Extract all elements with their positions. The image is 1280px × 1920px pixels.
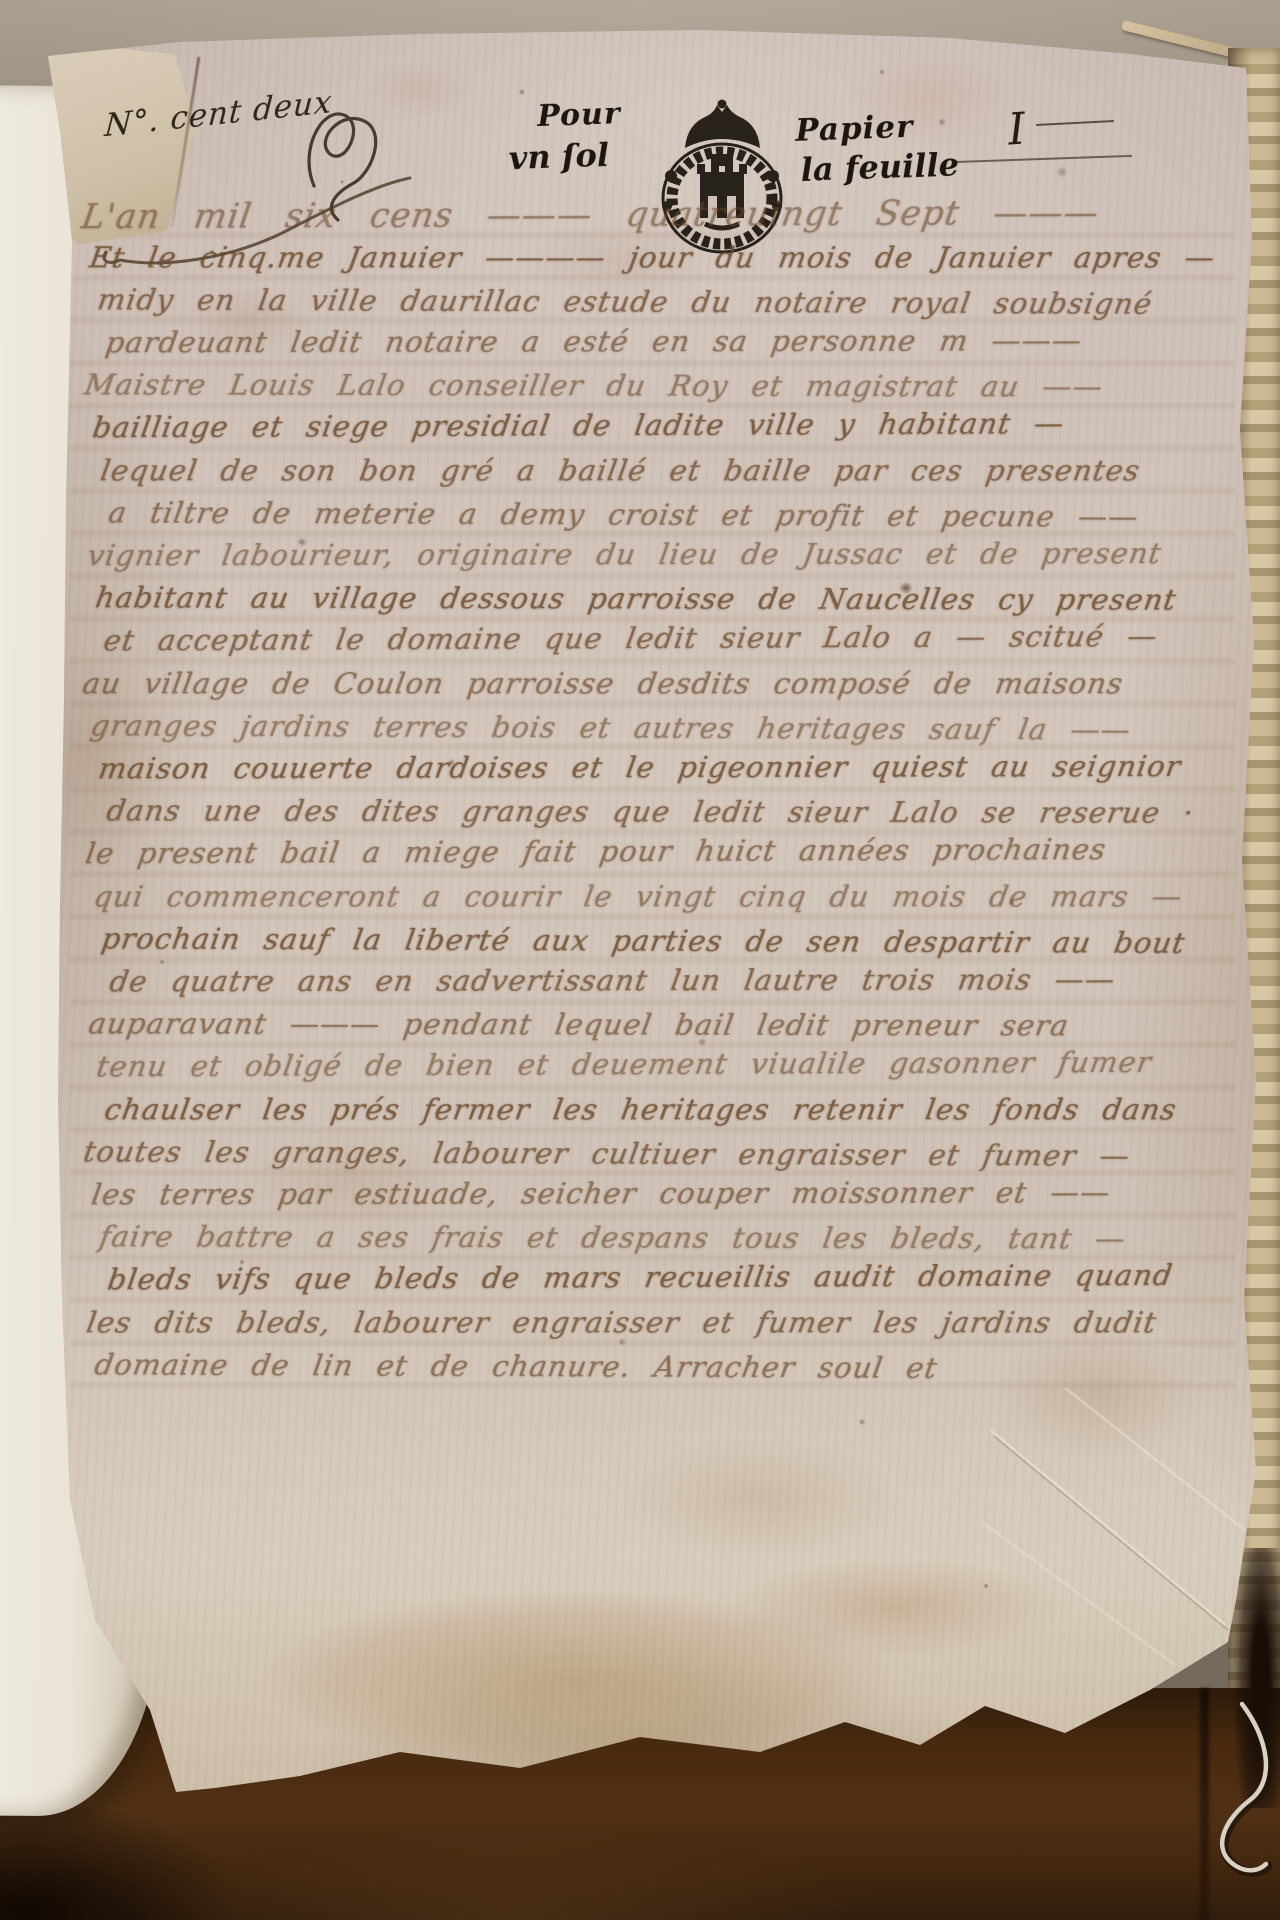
manuscript-line-2: Et le cinq.me Januier ———— jour du mois … — [87, 240, 1217, 274]
manuscript-line-11: et acceptant le domaine que ledit sieur … — [101, 619, 1160, 657]
manuscript-line-18: prochain sauf la liberté aux parties de … — [99, 921, 1188, 960]
manuscript-line-1: L'an mil six cens ——— quatreuingt Sept —… — [79, 193, 1102, 237]
manuscript-line-15: dans une des dites granges que ledit sie… — [104, 793, 1196, 829]
binding-cord-icon — [1182, 1698, 1280, 1898]
manuscript-line-7: lequel de son bon gré a baillé et baille… — [98, 453, 1143, 487]
manuscript-line-22: chaulser les prés fermer les heritages r… — [102, 1092, 1179, 1126]
manuscript-line-26: bleds vifs que bleds de mars recueillis … — [105, 1258, 1175, 1296]
manuscript-line-4: pardeuant ledit notaire a esté en sa per… — [103, 323, 1085, 359]
manuscript-line-23: toutes les granges, labourer cultiuer en… — [81, 1134, 1133, 1172]
manuscript-line-27: les dits bleds, labourer engraisser et f… — [84, 1305, 1159, 1339]
manuscript-line-20: auparavant ——— pendant lequel bail ledit… — [86, 1006, 1071, 1042]
manuscript-line-13: granges jardins terres bois et autres he… — [88, 708, 1134, 746]
manuscript-line-17: qui commenceront a courir le vingt cinq … — [91, 879, 1185, 913]
paper-creases — [970, 1370, 1260, 1680]
manuscript-line-21: tenu et obligé de bien et deuement viual… — [94, 1045, 1154, 1083]
manuscript-line-28: domaine de lin et de chanure. Arracher s… — [92, 1347, 940, 1385]
photo-of-manuscript: N°. cent deux Pour vn ſol — [0, 0, 1280, 1920]
manuscript-line-16: le present bail a miege fait pour huict … — [83, 832, 1109, 870]
manuscript-line-3: midy en la ville daurillac estude du not… — [95, 282, 1155, 320]
manuscript-line-8: a tiltre de meterie a demy croist et pro… — [106, 495, 1141, 533]
manuscript-line-19: de quatre ans en sadvertissant lun lautr… — [107, 962, 1118, 998]
manuscript-line-6: bailliage et siege presidial de ladite v… — [90, 406, 1067, 444]
manuscript-line-12: au village de Coulon parroisse desdits c… — [80, 666, 1126, 700]
manuscript-line-5: Maistre Louis Lalo conseiller du Roy et … — [82, 367, 1106, 403]
manuscript-line-24: les terres par estiuade, seicher couper … — [89, 1175, 1113, 1211]
manuscript-line-14: maison couuerte dardoises et le pigeonni… — [96, 749, 1183, 785]
manuscript-line-10: habitant au village dessous parroisse de… — [93, 580, 1179, 616]
manuscript-page: N°. cent deux Pour vn ſol — [0, 0, 1280, 1815]
manuscript-line-25: faire battre a ses frais et despans tous… — [97, 1219, 1128, 1255]
manuscript-line-9: vignier labourieur, originaire du lieu d… — [85, 536, 1164, 572]
